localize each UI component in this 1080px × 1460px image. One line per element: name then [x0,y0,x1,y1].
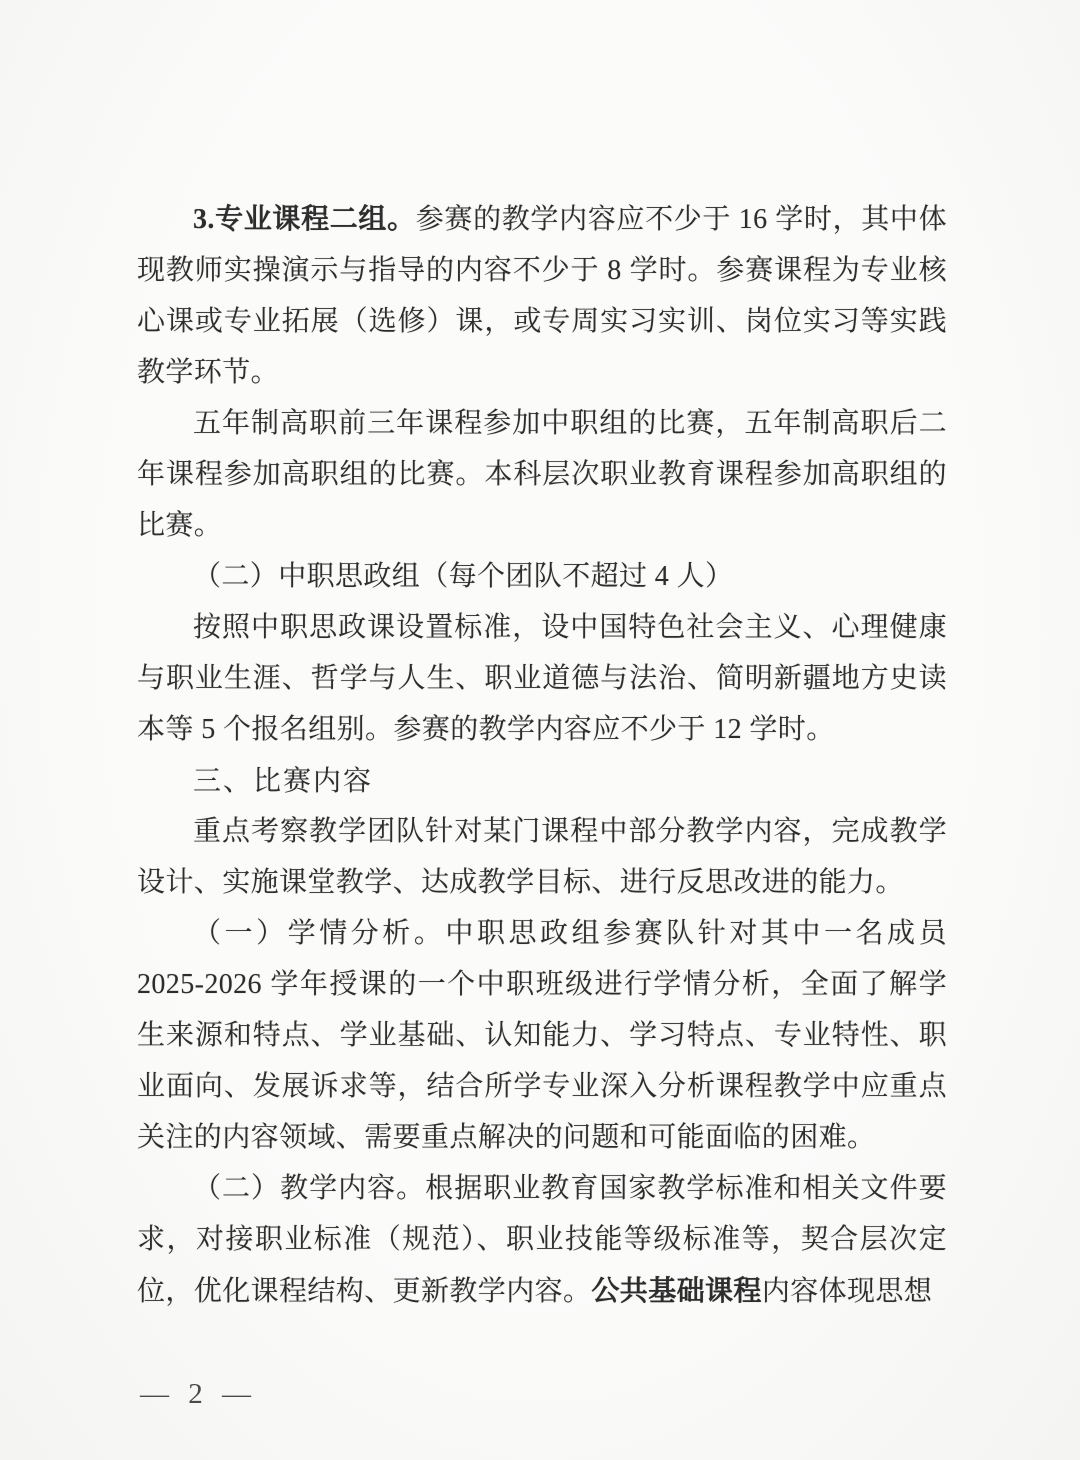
document-body: 3.专业课程二组。参赛的教学内容应不少于 16 学时，其中体现教师实操演示与指导… [137,194,947,1317]
kai-lead-in: （一）学情分析。 [193,918,445,949]
heading-text: 三、比赛内容 [193,765,373,796]
para-sizheng-registration-groups: 按照中职思政课设置标准，设中国特色社会主义、心理健康与职业生涯、哲学与人生、职业… [137,602,947,755]
para-teaching-content: （二）教学内容。根据职业教育国家教学标准和相关文件要求，对接职业标准（规范）、职… [137,1163,947,1317]
bold-emphasis: 公共基础课程 [591,1275,761,1306]
scanned-document-page: 3.专业课程二组。参赛的教学内容应不少于 16 学时，其中体现教师实操演示与指导… [0,0,1080,1460]
page-number: — 2 — [140,1378,257,1411]
text-run: 按照中职思政课设置标准，设中国特色社会主义、心理健康与职业生涯、哲学与人生、职业… [137,612,947,745]
para-five-year-program-rules: 五年制高职前三年课程参加中职组的比赛，五年制高职后二年课程参加高职组的比赛。本科… [137,398,947,551]
heading-text: （二）中职思政组（每个团队不超过 4 人） [193,561,733,592]
text-run: 中职思政组参赛队针对其中一名成员 2025-2026 学年授课的一个中职班级进行… [137,918,947,1153]
kai-lead-in: （二）教学内容。 [193,1173,425,1204]
text-run: 五年制高职前三年课程参加中职组的比赛，五年制高职后二年课程参加高职组的比赛。本科… [137,408,947,541]
para-competition-focus: 重点考察教学团队针对某门课程中部分教学内容，完成教学设计、实施课堂教学、达成教学… [137,806,947,908]
text-run: 内容体现思想 [762,1276,932,1307]
bold-lead-in: 3.专业课程二组。 [193,204,416,235]
para-professional-course-group-2: 3.专业课程二组。参赛的教学内容应不少于 16 学时，其中体现教师实操演示与指导… [137,194,947,398]
text-run: 重点考察教学团队针对某门课程中部分教学内容，完成教学设计、实施课堂教学、达成教学… [137,816,947,898]
heading-zhongzhi-sizheng-group: （二）中职思政组（每个团队不超过 4 人） [137,551,947,602]
heading-competition-content: 三、比赛内容 [137,755,947,806]
para-xueqing-analysis: （一）学情分析。中职思政组参赛队针对其中一名成员 2025-2026 学年授课的… [137,908,947,1163]
